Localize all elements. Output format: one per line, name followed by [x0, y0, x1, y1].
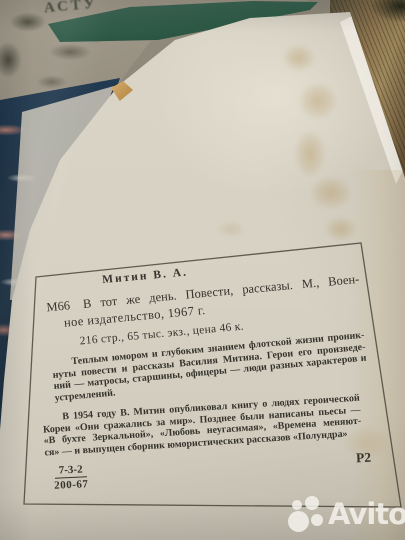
print-run-numerator: 7-3-2 — [55, 463, 87, 478]
avito-watermark-label: Avito — [328, 497, 405, 531]
print-run-code: 7-3-2 200-67 — [41, 463, 100, 493]
book-photo: АСТУ РГ 3808 Митин В. А. М66 В тот же де… — [0, 0, 405, 540]
catalog-code: М66 — [46, 298, 71, 315]
avito-watermark: Avito — [288, 495, 405, 533]
print-run-denominator: 200-67 — [42, 478, 100, 493]
avito-logo-icon — [288, 495, 325, 533]
classification-code: Р2 — [356, 450, 372, 467]
